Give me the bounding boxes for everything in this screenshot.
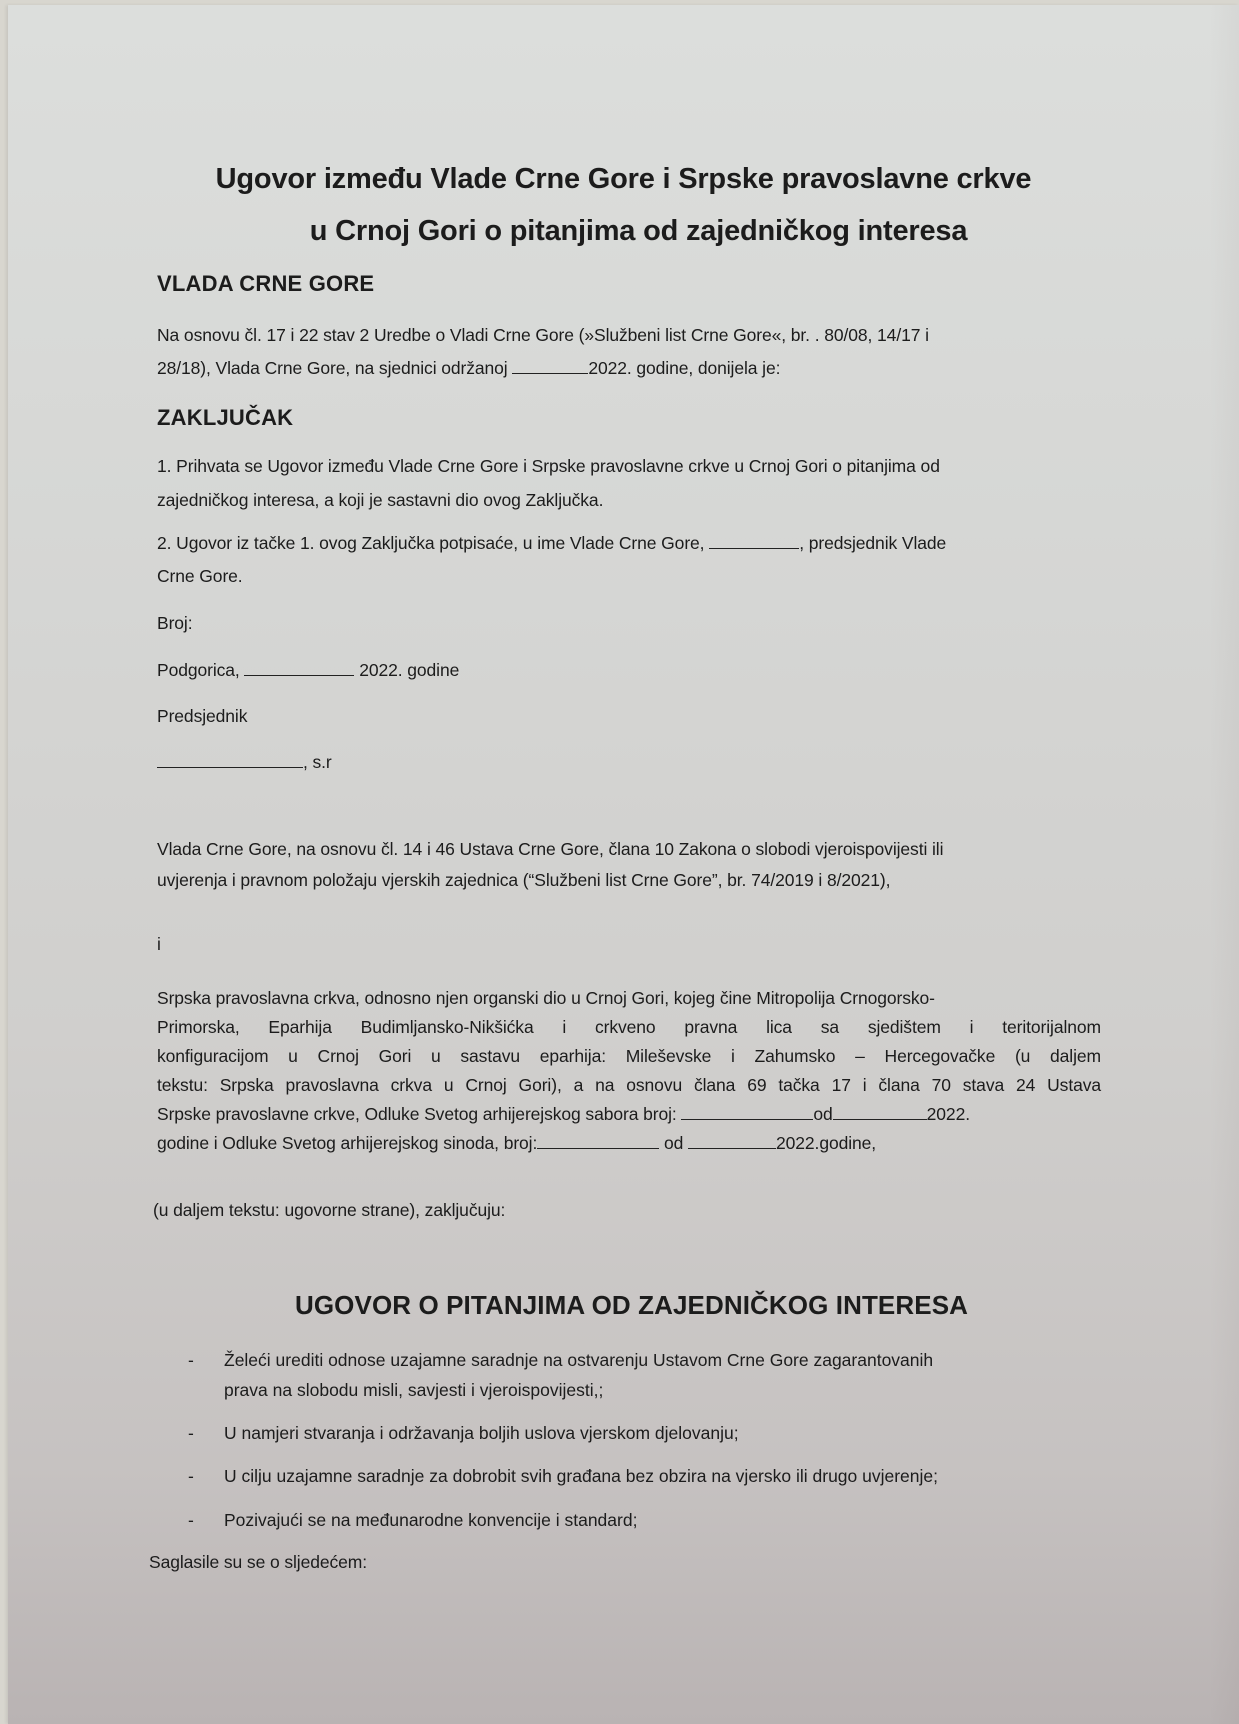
place-date: Podgorica, 2022. godine: [157, 656, 459, 685]
synod-od: od: [659, 1133, 688, 1153]
president-name-blank: [709, 531, 799, 550]
synod-number-blank: [537, 1131, 659, 1150]
closing-text: Saglasile su se o sljedećem:: [149, 1548, 367, 1577]
recital-1-line-1: Želeći urediti odnose uzajamne saradnje …: [224, 1345, 1114, 1375]
conjunction: i: [157, 930, 161, 959]
conclusion-item-1: 1. Prihvata se Ugovor između Vlade Crne …: [157, 452, 1107, 515]
conclusion-item-2-text: 2. Ugovor iz tačke 1. ovog Zaključka pot…: [157, 533, 709, 553]
church-basis: Srpska pravoslavna crkva, odnosno njen o…: [157, 984, 1101, 1158]
signatory-label: Predsjednik: [157, 702, 247, 731]
conclusion-item-2: 2. Ugovor iz tačke 1. ovog Zaključka pot…: [157, 529, 1107, 591]
title-line-1: Ugovor između Vlade Crne Gore i Srpske p…: [216, 163, 1032, 195]
recital-2-text: U namjeri stvaranja i održavanja boljih …: [224, 1418, 739, 1448]
date-year: 2022. godine: [354, 660, 459, 680]
recital-4-text: Pozivajući se na međunarodne konvencije …: [224, 1505, 637, 1535]
session-date-blank: [512, 356, 588, 375]
signature-suffix: , s.r: [303, 752, 332, 772]
preamble: Na osnovu čl. 17 i 22 stav 2 Uredbe o Vl…: [157, 321, 1107, 383]
council-year: 2022.: [927, 1104, 970, 1124]
place-label: Podgorica,: [157, 660, 244, 680]
synod-date-blank: [688, 1131, 776, 1150]
bullet-dash-icon: -: [188, 1505, 194, 1535]
council-od: od: [813, 1104, 832, 1124]
bullet-dash-icon: -: [188, 1461, 194, 1491]
date-blank: [244, 658, 354, 677]
preamble-line-1: Na osnovu čl. 17 i 22 stav 2 Uredbe o Vl…: [157, 321, 1107, 350]
conclusion-item-1-line-1: 1. Prihvata se Ugovor između Vlade Crne …: [157, 452, 1107, 481]
conclusion-heading: ZAKLJUČAK: [157, 405, 293, 431]
conclusion-item-2-text-end: , predsjednik Vlade: [799, 533, 946, 553]
recital-1-line-2: prava na slobodu misli, savjesti i vjero…: [224, 1375, 1114, 1405]
recital-3-text: U cilju uzajamne saradnje za dobrobit sv…: [224, 1461, 938, 1491]
bullet-dash-icon: -: [188, 1418, 194, 1448]
conclusion-item-2-line-1: 2. Ugovor iz tačke 1. ovog Zaključka pot…: [157, 529, 1107, 558]
government-basis-line-2: uvjerenja i pravnom položaju vjerskih za…: [157, 866, 1117, 895]
signature-line: , s.r: [157, 748, 332, 777]
church-basis-line-2: Primorska, Eparhija Budimljansko-Nikšićk…: [157, 1013, 1101, 1042]
issuer-heading: VLADA CRNE GORE: [157, 271, 374, 297]
document-page: Ugovor između Vlade Crne Gore i Srpske p…: [8, 5, 1239, 1724]
bullet-dash-icon: -: [188, 1345, 194, 1375]
title-line-2: u Crnoj Gori o pitanjima od zajedničkog …: [8, 205, 1239, 257]
church-basis-line-6: godine i Odluke Svetog arhijerejskog sin…: [157, 1129, 1101, 1158]
council-date-blank: [833, 1102, 927, 1121]
document-title: Ugovor između Vlade Crne Gore i Srpske p…: [8, 153, 1239, 257]
preamble-line-2: 28/18), Vlada Crne Gore, na sjednici odr…: [157, 354, 1107, 383]
conclusion-item-2-line-2: Crne Gore.: [157, 562, 1107, 591]
church-basis-line-4: tekstu: Srpska pravoslavna crkva u Crnoj…: [157, 1071, 1101, 1100]
synod-year: 2022.godine,: [776, 1133, 876, 1153]
parties-clause: (u daljem tekstu: ugovorne strane), zakl…: [153, 1196, 505, 1225]
church-basis-line-1: Srpska pravoslavna crkva, odnosno njen o…: [157, 984, 1101, 1013]
preamble-text-end: 2022. godine, donijela je:: [588, 358, 780, 378]
recital-text: Želeći urediti odnose uzajamne saradnje …: [224, 1345, 1114, 1405]
number-label: Broj:: [157, 609, 192, 638]
government-basis-line-1: Vlada Crne Gore, na osnovu čl. 14 i 46 U…: [157, 835, 1117, 864]
synod-text: godine i Odluke Svetog arhijerejskog sin…: [157, 1133, 537, 1153]
church-basis-line-5: Srpske pravoslavne crkve, Odluke Svetog …: [157, 1100, 1101, 1129]
church-basis-line-3: konfiguracijom u Crnoj Gori u sastavu ep…: [157, 1042, 1101, 1071]
council-number-blank: [681, 1102, 813, 1121]
government-basis: Vlada Crne Gore, na osnovu čl. 14 i 46 U…: [157, 835, 1117, 895]
conclusion-item-1-line-2: zajedničkog interesa, a koji je sastavni…: [157, 486, 1107, 515]
synod-decision-text: Srpske pravoslavne crkve, Odluke Svetog …: [157, 1104, 681, 1124]
signature-blank: [157, 750, 303, 769]
agreement-heading: UGOVOR O PITANJIMA OD ZAJEDNIČKOG INTERE…: [8, 1290, 1239, 1321]
preamble-text: 28/18), Vlada Crne Gore, na sjednici odr…: [157, 358, 512, 378]
